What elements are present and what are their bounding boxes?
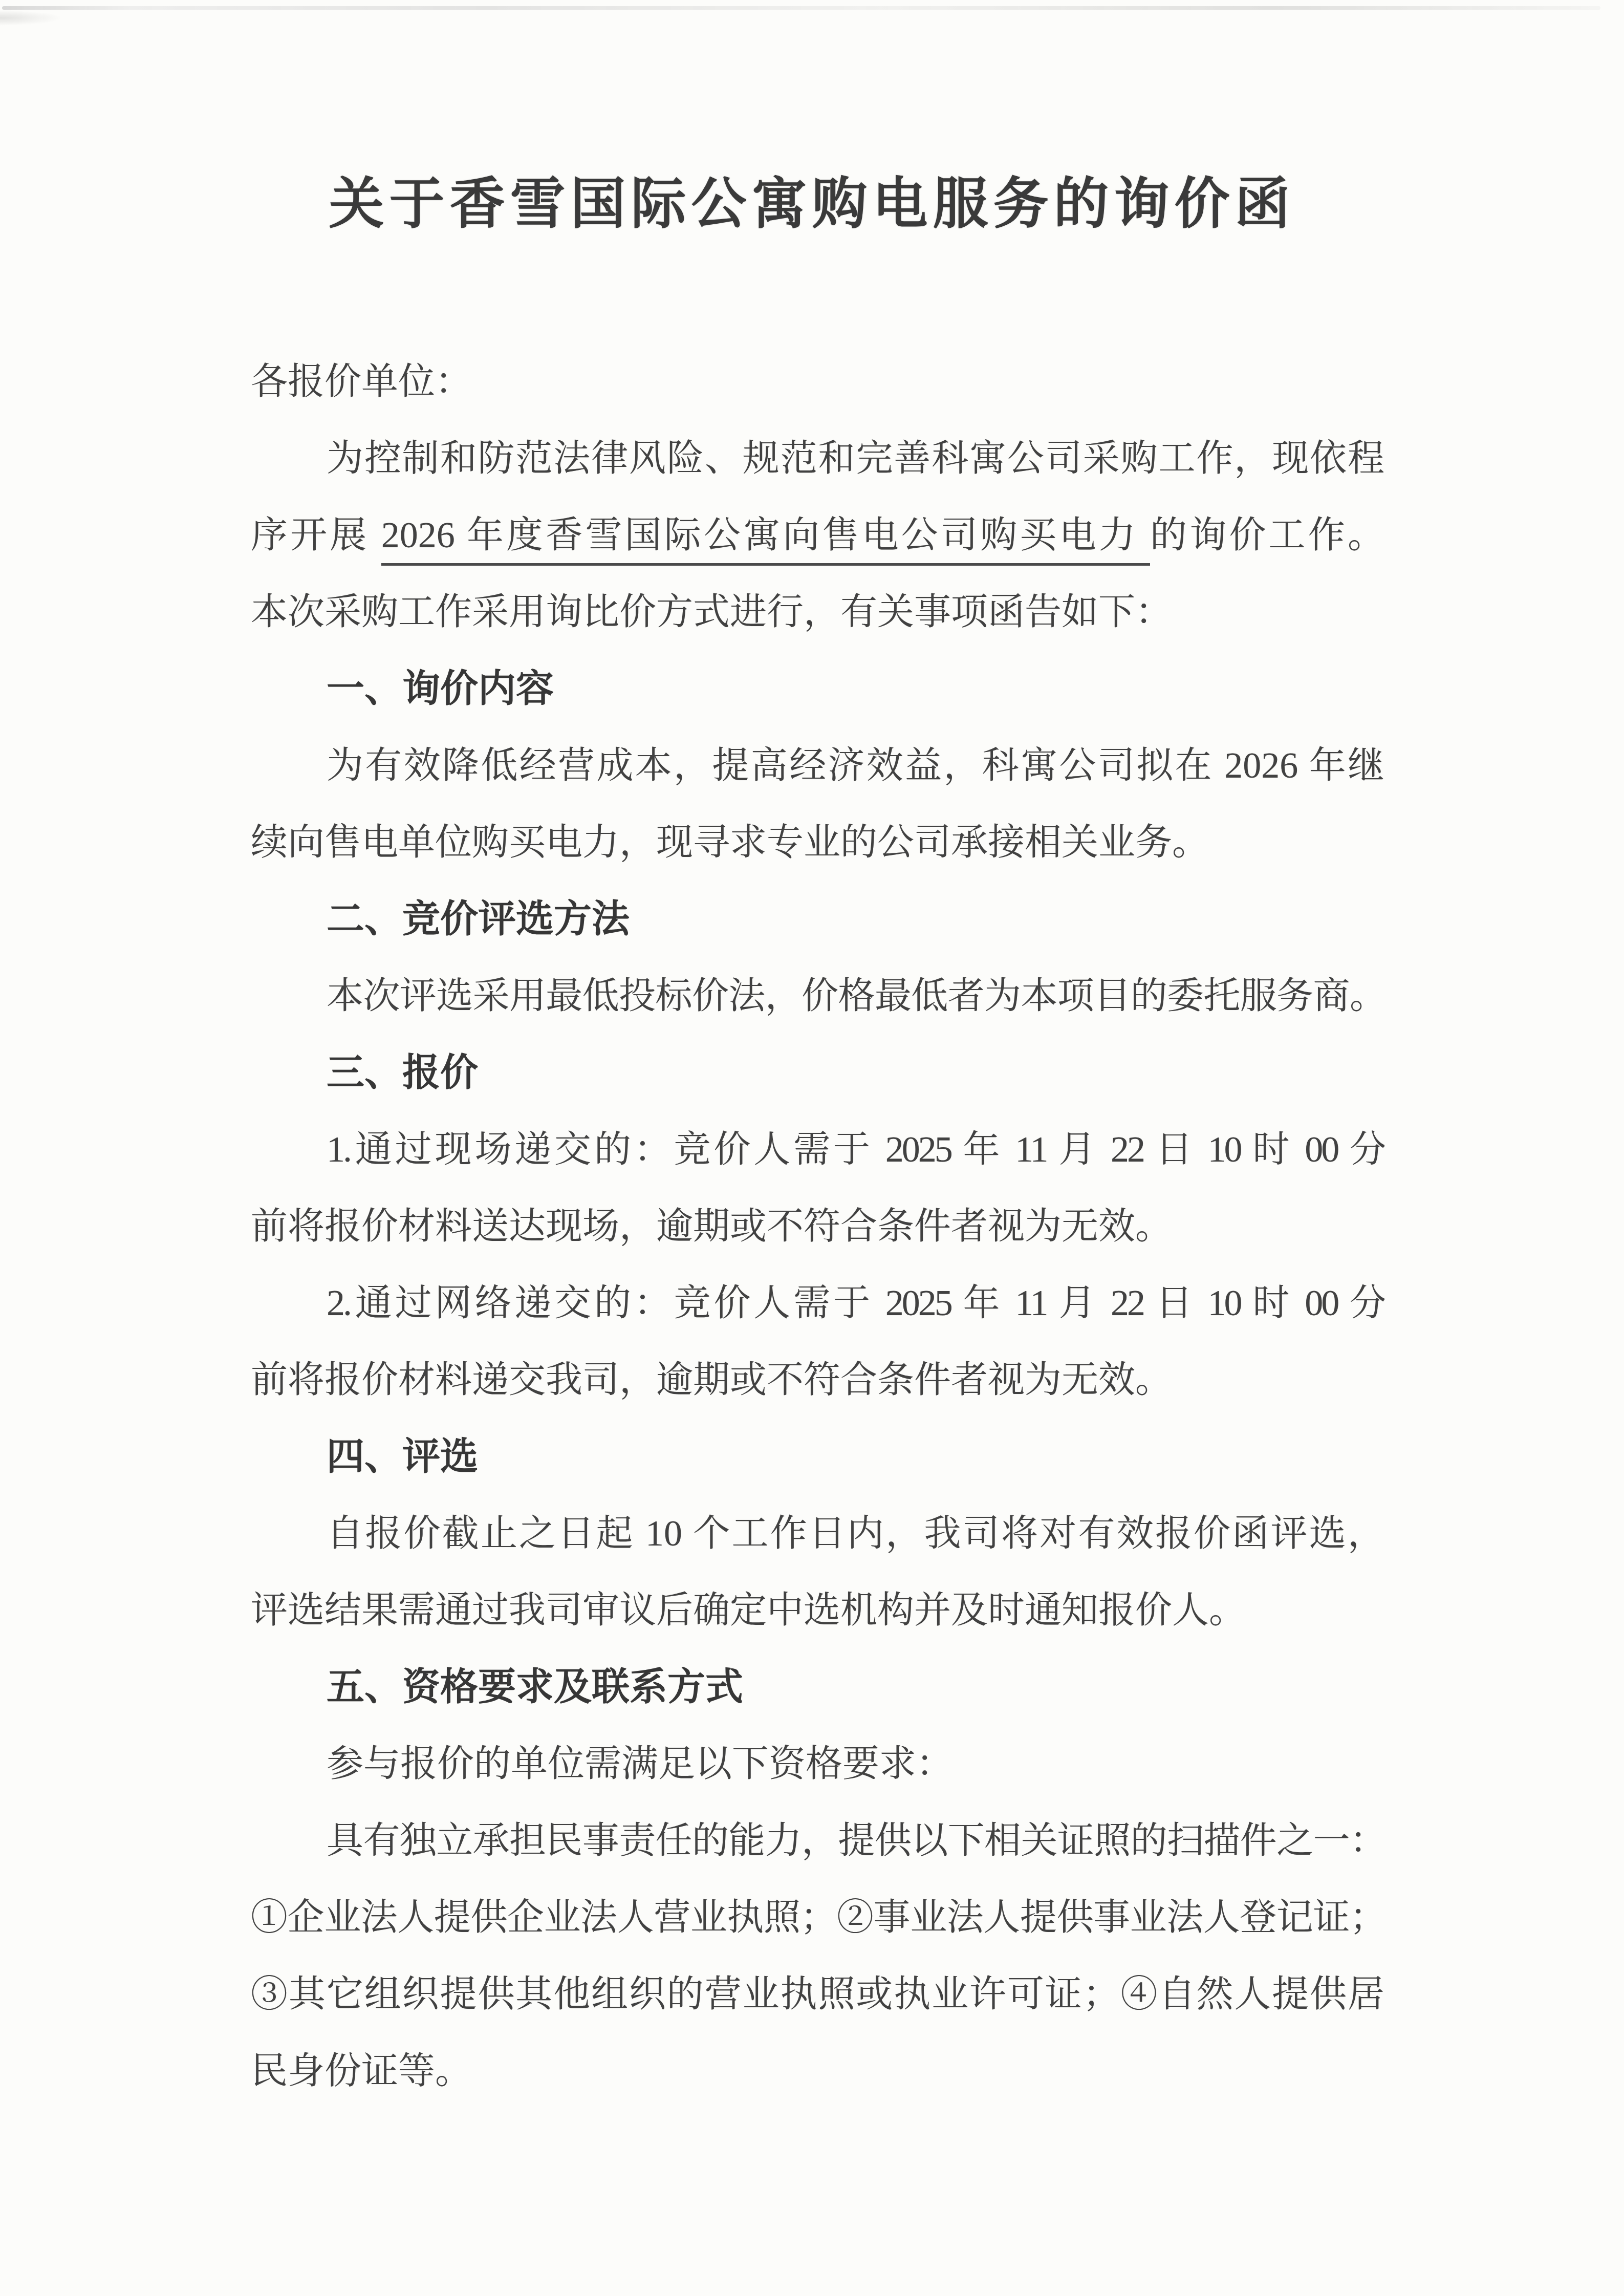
document-body: 各报价单位： 为控制和防范法律风险、规范和完善科寓公司采购工作，现依程 序开展 … (251, 343, 1384, 2109)
document-title: 关于香雪国际公寓购电服务的询价函 (0, 169, 1624, 238)
section-heading-2: 二、竞价评选方法 (251, 881, 1384, 957)
line-part: 序开展 (251, 514, 381, 555)
document-line: ③其它组织提供其他组织的营业执照或执业许可证；④自然人提供居 (251, 1956, 1384, 2032)
document-line: 2.通过网络递交的：竞价人需于 2025 年 11 月 22 日 10 时 00… (251, 1264, 1384, 1341)
document-line: ①企业法人提供企业法人营业执照；②事业法人提供事业法人登记证； (251, 1879, 1384, 1956)
document-line: 为有效降低经营成本，提高经济效益，科寓公司拟在 2026 年继 (251, 727, 1384, 804)
line-part: 的询价工作。 (1150, 514, 1384, 555)
document-line-salutation: 各报价单位： (251, 343, 1384, 420)
document-line: 参与报价的单位需满足以下资格要求： (251, 1725, 1384, 1802)
section-heading-3: 三、报价 (251, 1034, 1384, 1111)
document-page: 关于香雪国际公寓购电服务的询价函 各报价单位： 为控制和防范法律风险、规范和完善… (0, 0, 1624, 2296)
document-line: 续向售电单位购买电力，现寻求专业的公司承接相关业务。 (251, 804, 1384, 881)
document-line: 前将报价材料递交我司，逾期或不符合条件者视为无效。 (251, 1341, 1384, 1418)
section-heading-1: 一、询价内容 (251, 650, 1384, 727)
document-line: 1.通过现场递交的：竞价人需于 2025 年 11 月 22 日 10 时 00… (251, 1111, 1384, 1188)
document-line: 本次采购工作采用询比价方式进行，有关事项函告如下： (251, 573, 1384, 650)
document-line: 民身份证等。 (251, 2032, 1384, 2109)
scan-artifact-top-edge (2, 6, 1600, 10)
scan-artifact-corner (0, 10, 61, 26)
document-line-underlined: 序开展 2026 年度香雪国际公寓向售电公司购买电力 的询价工作。 (251, 497, 1384, 573)
document-line: 评选结果需通过我司审议后确定中选机构并及时通知报价人。 (251, 1572, 1384, 1648)
document-line: 前将报价材料送达现场，逾期或不符合条件者视为无效。 (251, 1188, 1384, 1264)
document-line: 自报价截止之日起 10 个工作日内，我司将对有效报价函评选， (251, 1495, 1384, 1572)
document-line: 为控制和防范法律风险、规范和完善科寓公司采购工作，现依程 (251, 420, 1384, 497)
underlined-text: 2026 年度香雪国际公寓向售电公司购买电力 (381, 514, 1150, 566)
document-line: 具有独立承担民事责任的能力，提供以下相关证照的扫描件之一： (251, 1802, 1384, 1879)
document-line: 本次评选采用最低投标价法，价格最低者为本项目的委托服务商。 (251, 957, 1384, 1034)
section-heading-4: 四、评选 (251, 1418, 1384, 1495)
section-heading-5: 五、资格要求及联系方式 (251, 1648, 1384, 1725)
